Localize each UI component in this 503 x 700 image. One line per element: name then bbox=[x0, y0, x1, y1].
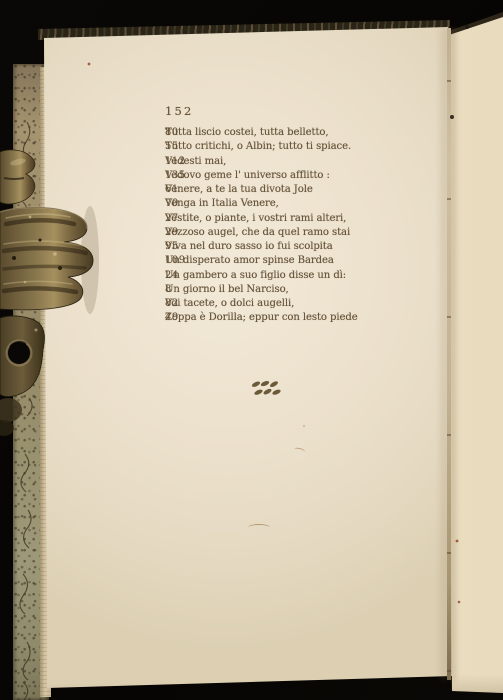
index-row: Vestite, o piante, i vostri rami alteri,… bbox=[165, 213, 395, 227]
entry-page: 82 bbox=[165, 298, 179, 309]
entry-title: Tutta liscio costei, tutta belletto, bbox=[165, 127, 329, 138]
entry-title: Un giorno il bel Narciso, bbox=[165, 284, 289, 295]
entry-page: 80 bbox=[165, 127, 179, 138]
index-row: Un giorno il bel Narciso, 8 bbox=[165, 284, 395, 298]
index-row: Venga in Italia Venere, 70 bbox=[165, 198, 395, 212]
entry-page: 135 bbox=[165, 170, 186, 181]
index-row: Un gambero a suo figlio disse un dì: 24 bbox=[165, 270, 395, 284]
index-row: Voi tacete, o dolci augelli, 82 bbox=[165, 298, 395, 312]
entry-page: 61 bbox=[165, 184, 179, 195]
entry-page: 8 bbox=[165, 284, 172, 295]
index-row: Vedovo geme l' universo afflitto : 135 bbox=[165, 170, 395, 184]
entry-page: 27 bbox=[165, 213, 179, 224]
entry-title: Venere, a te la tua divota Jole bbox=[165, 184, 313, 195]
entry-title: Venga in Italia Venere, bbox=[165, 198, 279, 209]
entry-title: Tutto critichi, o Albin; tutto ti spiace… bbox=[165, 141, 351, 152]
dust-specks bbox=[0, 0, 2, 2]
fleuron-ornament-icon bbox=[249, 378, 285, 400]
entry-title: Voi tacete, o dolci augelli, bbox=[165, 298, 294, 309]
page-content: 152 Tutta liscio costei, tutta belletto,… bbox=[165, 104, 395, 327]
entry-page: 112 bbox=[165, 156, 186, 167]
entry-page: 55 bbox=[165, 141, 179, 152]
entry-title: Un gambero a suo figlio disse un dì: bbox=[165, 270, 346, 281]
index-row: Vezzoso augel, che da quel ramo stai 29 bbox=[165, 227, 395, 241]
entry-page: 29 bbox=[165, 227, 179, 238]
index-row: Tutto critichi, o Albin; tutto ti spiace… bbox=[165, 141, 395, 155]
entry-title: Vezzoso augel, che da quel ramo stai bbox=[165, 227, 350, 238]
entry-title: Vedovo geme l' universo afflitto : bbox=[165, 170, 330, 181]
index-row: Vedesti mai, 112 bbox=[165, 156, 395, 170]
entry-page: 95 bbox=[165, 241, 179, 252]
paper-fiber bbox=[248, 524, 270, 531]
page-number: 152 bbox=[165, 104, 395, 118]
index-row: Viva nel duro sasso io fui scolpita 95 bbox=[165, 241, 395, 255]
entry-title: Un disperato amor spinse Bardea bbox=[165, 255, 334, 266]
index-row: Tutta liscio costei, tutta belletto, 80 bbox=[165, 127, 395, 141]
index-row: Venere, a te la tua divota Jole 61 bbox=[165, 184, 395, 198]
index-row: Un disperato amor spinse Bardea 109 bbox=[165, 255, 395, 269]
entry-title: Viva nel duro sasso io fui scolpita bbox=[165, 241, 333, 252]
index-list: Tutta liscio costei, tutta belletto, 80 … bbox=[165, 127, 395, 327]
entry-title: Zoppa è Dorilla; eppur con lesto piede bbox=[165, 312, 358, 323]
entry-page: 70 bbox=[165, 198, 179, 209]
book-photo: 152 Tutta liscio costei, tutta belletto,… bbox=[0, 0, 503, 700]
index-row: Zoppa è Dorilla; eppur con lesto piede 4… bbox=[165, 312, 395, 326]
entry-page: 24 bbox=[165, 270, 179, 281]
entry-page: 109 bbox=[165, 255, 186, 266]
brass-clasp bbox=[0, 148, 100, 440]
gutter-crease bbox=[447, 28, 451, 680]
entry-title: Vestite, o piante, i vostri rami alteri, bbox=[165, 213, 346, 224]
entry-page: 49 bbox=[165, 312, 179, 323]
